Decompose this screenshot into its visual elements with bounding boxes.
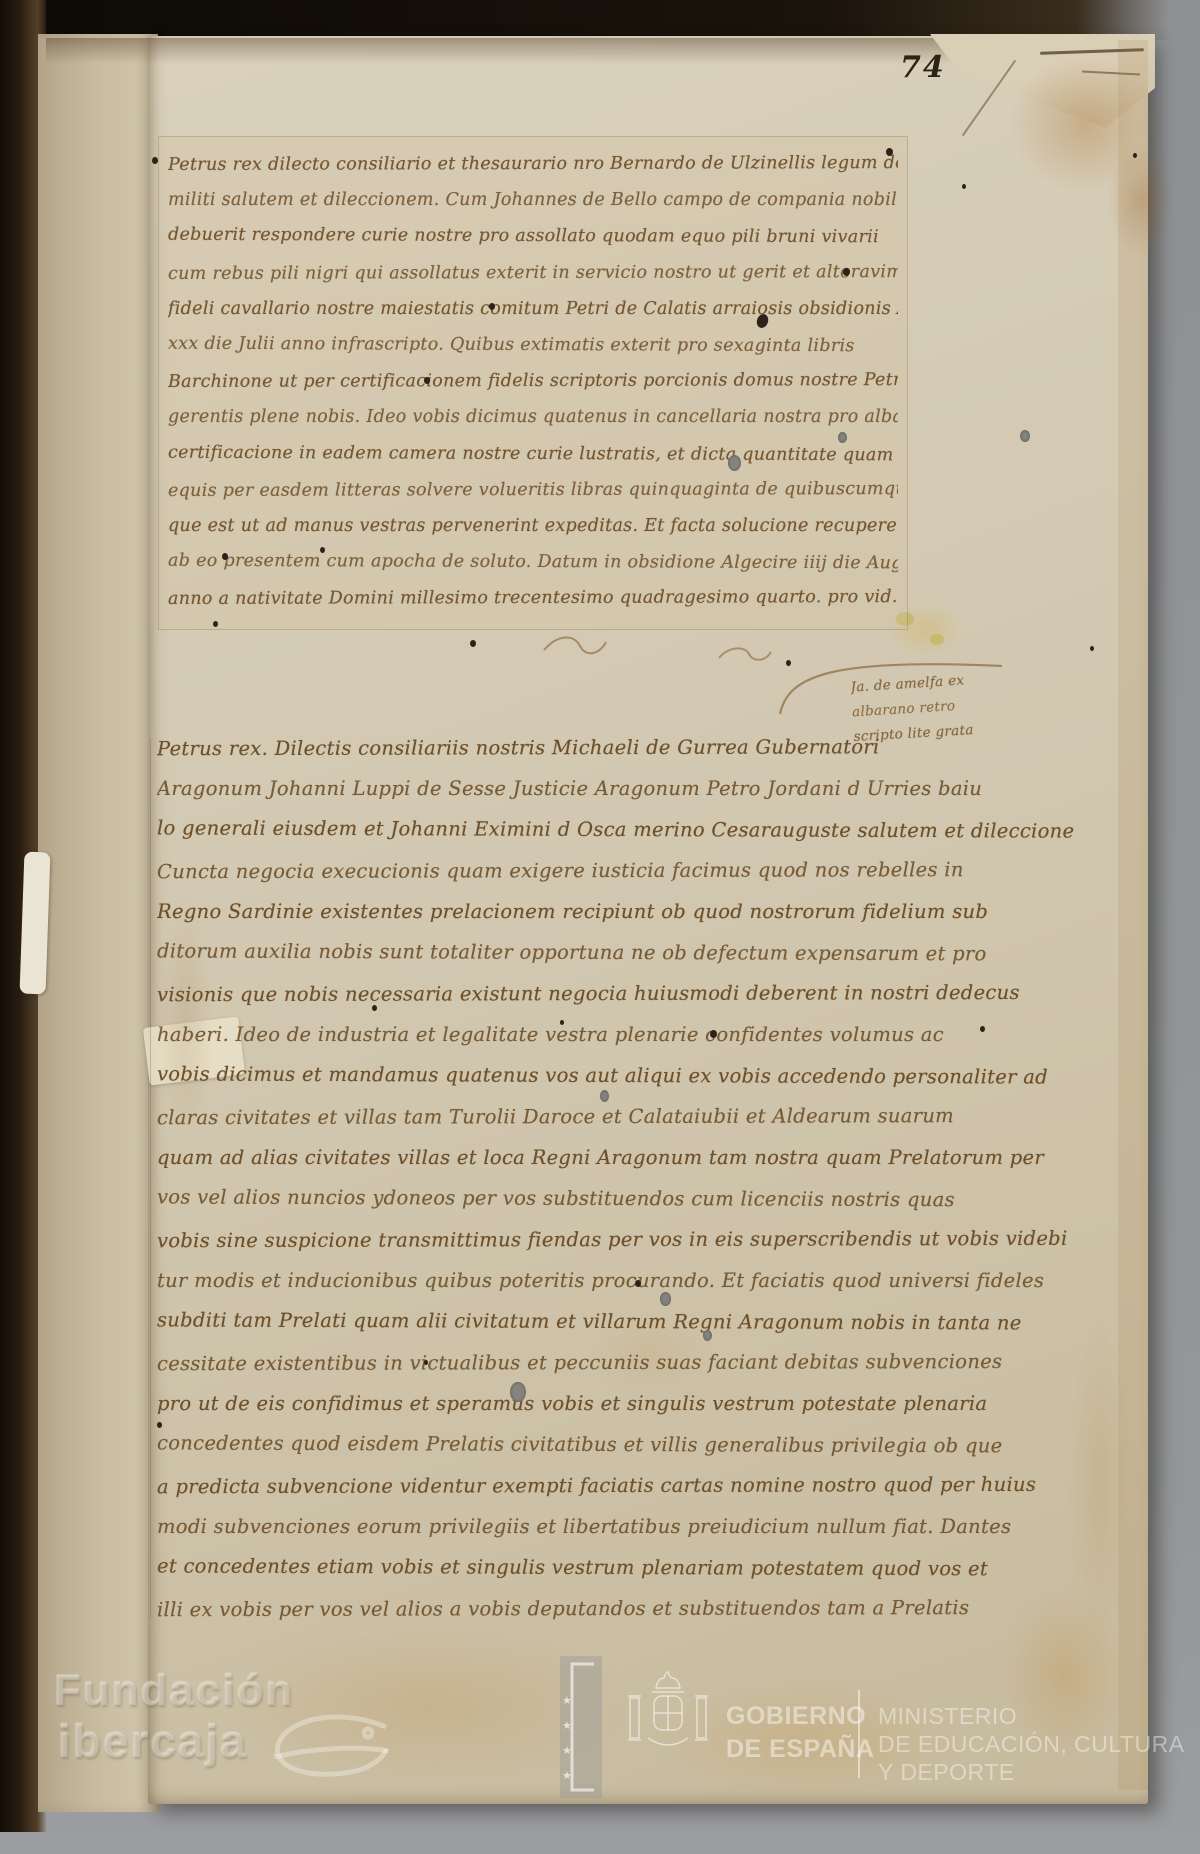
worm-hole — [424, 1360, 428, 1365]
letter2-line: vos vel alios nuncios ydoneos per vos su… — [157, 1176, 1075, 1220]
letter2-line: subditi tam Prelati quam alii civitatum … — [157, 1299, 1075, 1343]
ministerio-line3: Y DEPORTE — [878, 1758, 1185, 1786]
worm-hole — [152, 157, 158, 164]
through-hole — [600, 1090, 609, 1102]
letter1-line: fideli cavallario nostre maiestatis comi… — [168, 291, 898, 327]
through-hole — [660, 1292, 671, 1306]
worm-hole — [962, 184, 966, 189]
worm-hole — [424, 377, 430, 384]
letter2-line: Cuncta negocia execucionis quam exigere … — [157, 849, 1075, 892]
through-hole — [510, 1382, 526, 1402]
star-icon: ★ — [562, 1719, 572, 1732]
letter1-line: ab eo presentem cum apocha de soluto. Da… — [168, 543, 898, 582]
through-hole — [703, 1330, 712, 1341]
letter2-line: Regno Sardinie existentes prelacionem re… — [157, 891, 1075, 932]
letter2-text: Petrus rex. Dilectis consiliariis nostri… — [157, 727, 1075, 1629]
letter1-line: certificacione in eadem camera nostre cu… — [168, 434, 898, 473]
star-icon: ★ — [562, 1769, 572, 1782]
letter1-line: gerentis plene nobis. Ideo vobis dicimus… — [168, 399, 898, 435]
letter2-line: Petrus rex. Dilectis consiliariis nostri… — [157, 726, 1075, 769]
spain-coat-of-arms-icon — [618, 1668, 718, 1783]
gobierno-line1: GOBIERNO — [726, 1700, 875, 1733]
letter2-line: claras civitates et villas tam Turolii D… — [157, 1095, 1075, 1138]
page-gutter — [38, 34, 158, 1812]
stain — [930, 634, 944, 645]
worm-hole — [786, 660, 791, 666]
letter1-line: Barchinone ut per certificacionem fideli… — [168, 362, 898, 400]
gobierno-watermark: GOBIERNO DE ESPAÑA — [726, 1700, 875, 1766]
worm-hole — [320, 547, 325, 553]
worm-hole — [843, 268, 850, 276]
worm-hole — [222, 553, 228, 560]
margin-rule-line — [150, 738, 151, 1618]
flourish-icon — [715, 642, 775, 666]
letter2-line: lo generali eiusdem et Johanni Eximini d… — [157, 807, 1075, 851]
worm-hole — [1090, 646, 1094, 651]
letter2-line: tur modis et inducionibus quibus poterit… — [157, 1260, 1075, 1301]
letter2-line: concedentes quod eisdem Prelatis civitat… — [157, 1422, 1075, 1466]
letter1-line: militi salutem et dileccionem. Cum Johan… — [168, 182, 898, 218]
letter1-line: equis per easdem litteras solvere voluer… — [168, 471, 898, 509]
worm-hole — [710, 1030, 717, 1038]
worm-hole — [213, 621, 218, 627]
letter2-line: visionis que nobis necessaria existunt n… — [157, 972, 1075, 1015]
letter2-line: a predicta subvencione videntur exempti … — [157, 1464, 1075, 1507]
worm-hole — [980, 1026, 985, 1032]
worm-hole — [886, 148, 893, 156]
ministerio-line1: MINISTERIO — [878, 1702, 1185, 1730]
letter1-text: Petrus rex dilecto consiliario et thesau… — [168, 146, 898, 616]
letter2-line: pro ut de eis confidimus et speramus vob… — [157, 1383, 1075, 1424]
letter2-line: modi subvenciones eorum privilegiis et l… — [157, 1506, 1075, 1547]
through-hole — [1020, 430, 1030, 442]
letter2-line: cessitate existentibus in victualibus et… — [157, 1341, 1075, 1384]
letter2-line: vobis sine suspicione transmittimus fien… — [157, 1218, 1075, 1261]
folio-number: 74 — [900, 50, 946, 85]
star-icon: ★ — [562, 1694, 572, 1707]
letter1-line: xxx die Julii anno infrascripto. Quibus … — [168, 326, 898, 365]
worm-hole — [470, 640, 476, 647]
letter2-line: illi ex vobis per vos vel alios a vobis … — [157, 1587, 1075, 1630]
worm-hole — [489, 303, 495, 310]
letter2-line: et concedentes etiam vobis et singulis v… — [157, 1545, 1075, 1589]
flourish-icon — [540, 632, 610, 658]
letter1-line: Petrus rex dilecto consiliario et thesau… — [168, 145, 898, 183]
ministerio-watermark: MINISTERIO DE EDUCACIÓN, CULTURA Y DEPOR… — [878, 1702, 1185, 1786]
ministerio-line2: DE EDUCACIÓN, CULTURA — [878, 1730, 1185, 1758]
through-hole — [838, 432, 847, 443]
paper-sliver — [20, 852, 51, 995]
letter1-line: debuerit respondere curie nostre pro ass… — [168, 217, 898, 256]
worm-hole — [635, 1280, 641, 1287]
worm-hole — [1133, 153, 1137, 158]
worm-hole — [560, 1020, 564, 1025]
letter2-line: Aragonum Johanni Luppi de Sesse Justicie… — [157, 768, 1075, 809]
letter1-line: cum rebus pili nigri qui assollatus exte… — [168, 254, 898, 292]
ibercaja-watermark-line2: ibercaja — [58, 1714, 248, 1768]
watermark-divider — [858, 1690, 860, 1778]
letter2-line: vobis dicimus et mandamus quatenus vos a… — [157, 1053, 1075, 1097]
letter1-line: que est ut ad manus vestras pervenerint … — [168, 508, 898, 544]
star-icon: ★ — [562, 1744, 572, 1757]
ibercaja-swoosh-icon — [268, 1705, 393, 1790]
letter1-line: anno a nativitate Domini millesimo trece… — [168, 579, 898, 617]
through-hole — [728, 455, 741, 471]
letter2-line: ditorum auxilia nobis sunt totaliter opp… — [157, 930, 1075, 974]
letter2-line: haberi. Ideo de industria et legalitate … — [157, 1014, 1075, 1055]
ibercaja-watermark-line1: Fundación — [54, 1666, 294, 1716]
gobierno-line2: DE ESPAÑA — [726, 1733, 875, 1766]
manuscript-photo: 74 Petrus rex dilecto consiliario et the… — [0, 0, 1200, 1854]
worm-hole — [157, 1422, 162, 1428]
letter2-line: quam ad alias civitates villas et loca R… — [157, 1137, 1075, 1178]
worm-hole — [372, 1005, 377, 1011]
